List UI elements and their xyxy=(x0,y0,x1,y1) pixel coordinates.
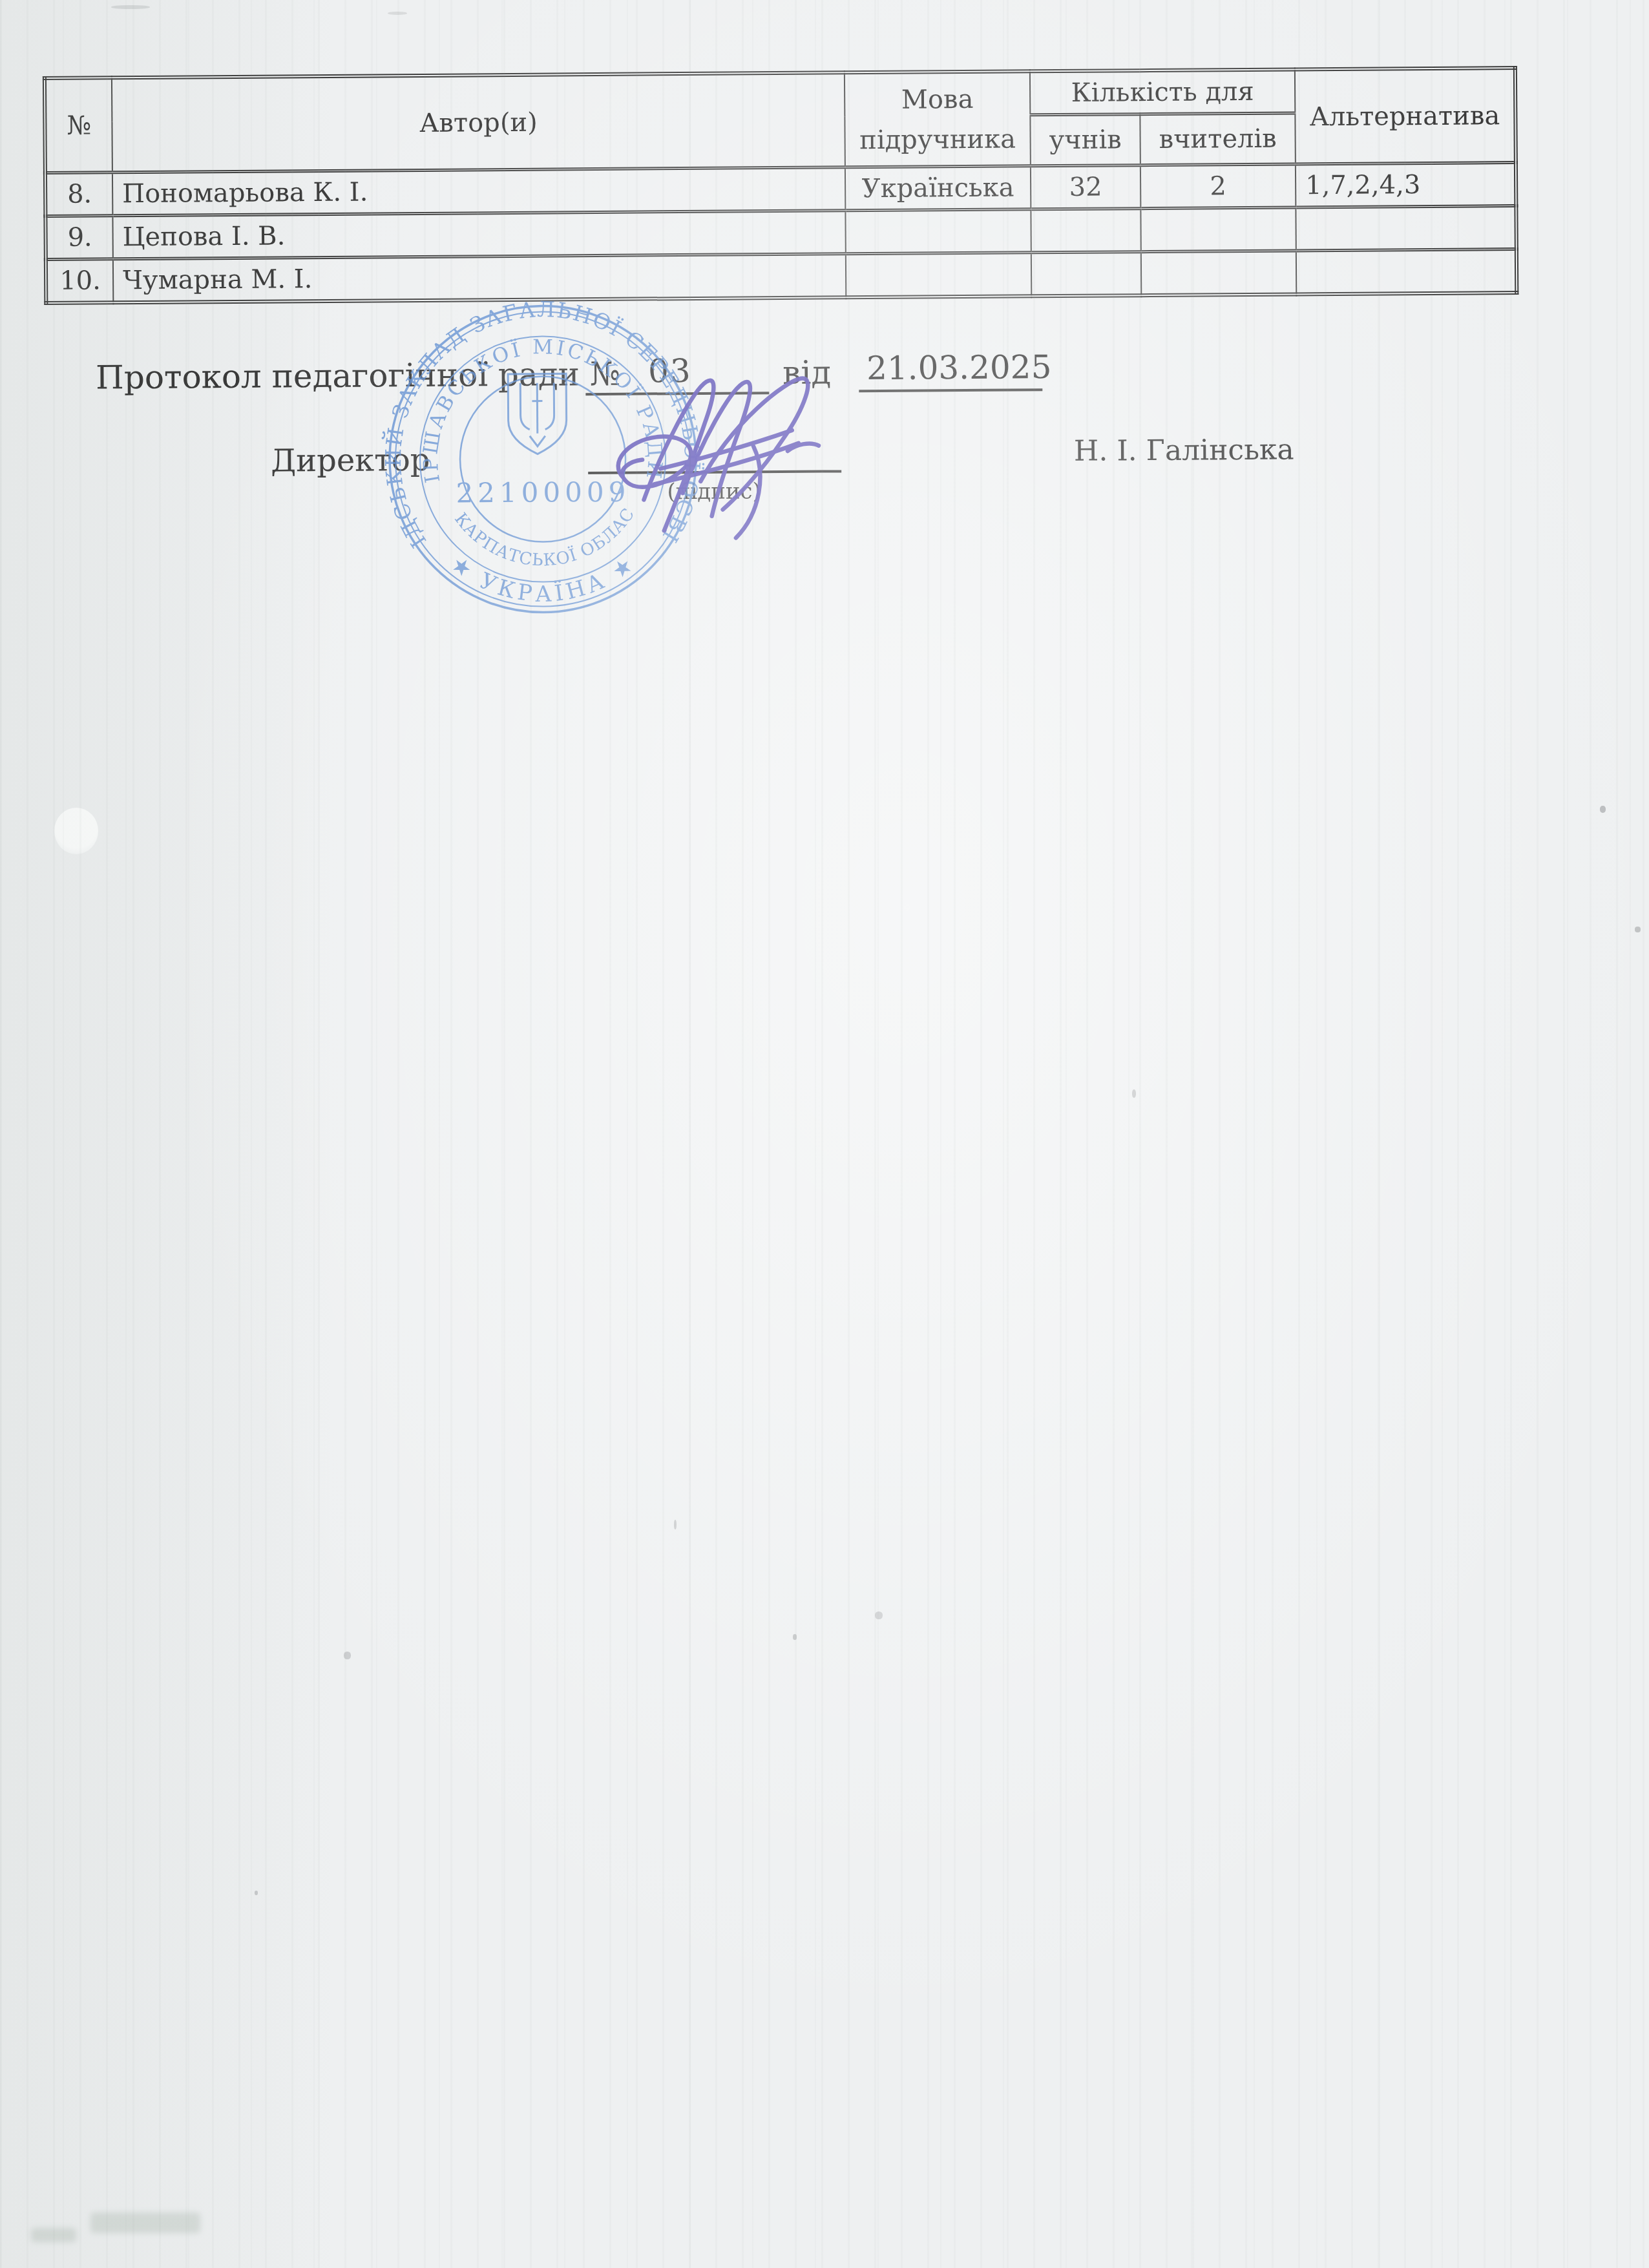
cell-students: 32 xyxy=(1031,165,1140,209)
col-header-quantity-group: Кількість для xyxy=(1030,69,1295,114)
cell-teachers xyxy=(1141,251,1296,295)
scan-speck xyxy=(255,1891,258,1895)
cell-language xyxy=(845,209,1031,254)
scanned-document-page: № Автор(и) Мова підручника Кількість для… xyxy=(0,0,1649,2268)
scan-speck xyxy=(674,1520,677,1529)
cell-num: 8. xyxy=(45,173,112,216)
scan-speck xyxy=(111,5,150,9)
col-header-alternative: Альтернатива xyxy=(1295,68,1516,164)
hole-punch-mark xyxy=(54,808,98,854)
col-header-num: № xyxy=(45,78,112,173)
cell-students xyxy=(1031,209,1140,253)
scan-speck xyxy=(388,12,407,15)
cell-num: 9. xyxy=(45,216,112,260)
col-header-authors: Автор(и) xyxy=(112,72,845,172)
col-header-teachers: вчителів xyxy=(1140,113,1296,165)
scan-speck xyxy=(1600,806,1606,813)
cell-authors: Цепова І. В. xyxy=(112,211,845,259)
cell-teachers xyxy=(1140,207,1296,252)
scan-speck xyxy=(1635,927,1641,932)
trident-icon xyxy=(508,373,567,454)
cell-alternative xyxy=(1296,206,1516,251)
scan-smudge xyxy=(90,2212,200,2233)
cell-language: Українська xyxy=(845,166,1031,211)
cell-authors: Пономарьова К. І. xyxy=(112,167,845,216)
scan-smudge xyxy=(31,2228,76,2242)
col-header-students: учнів xyxy=(1030,114,1140,166)
cell-num: 10. xyxy=(46,259,113,303)
signature-ink xyxy=(603,370,827,545)
cell-teachers: 2 xyxy=(1140,164,1296,209)
cell-language xyxy=(846,253,1031,298)
scan-content: № Автор(и) Мова підручника Кількість для… xyxy=(0,0,1649,2268)
scan-speck xyxy=(1132,1089,1136,1098)
scan-speck xyxy=(344,1652,351,1659)
scan-speck xyxy=(875,1612,883,1619)
textbook-table: № Автор(и) Мова підручника Кількість для… xyxy=(43,66,1518,305)
col-header-language: Мова підручника xyxy=(845,71,1031,167)
cell-students xyxy=(1031,252,1141,297)
cell-authors: Чумарна М. І. xyxy=(113,254,846,302)
protocol-date-underline xyxy=(859,388,1042,392)
cell-alternative xyxy=(1296,249,1517,295)
director-name: Н. І. Галінська xyxy=(1074,433,1294,467)
scan-speck xyxy=(793,1634,797,1640)
protocol-date: 21.03.2025 xyxy=(867,348,1052,387)
cell-alternative: 1,7,2,4,3 xyxy=(1296,163,1516,207)
